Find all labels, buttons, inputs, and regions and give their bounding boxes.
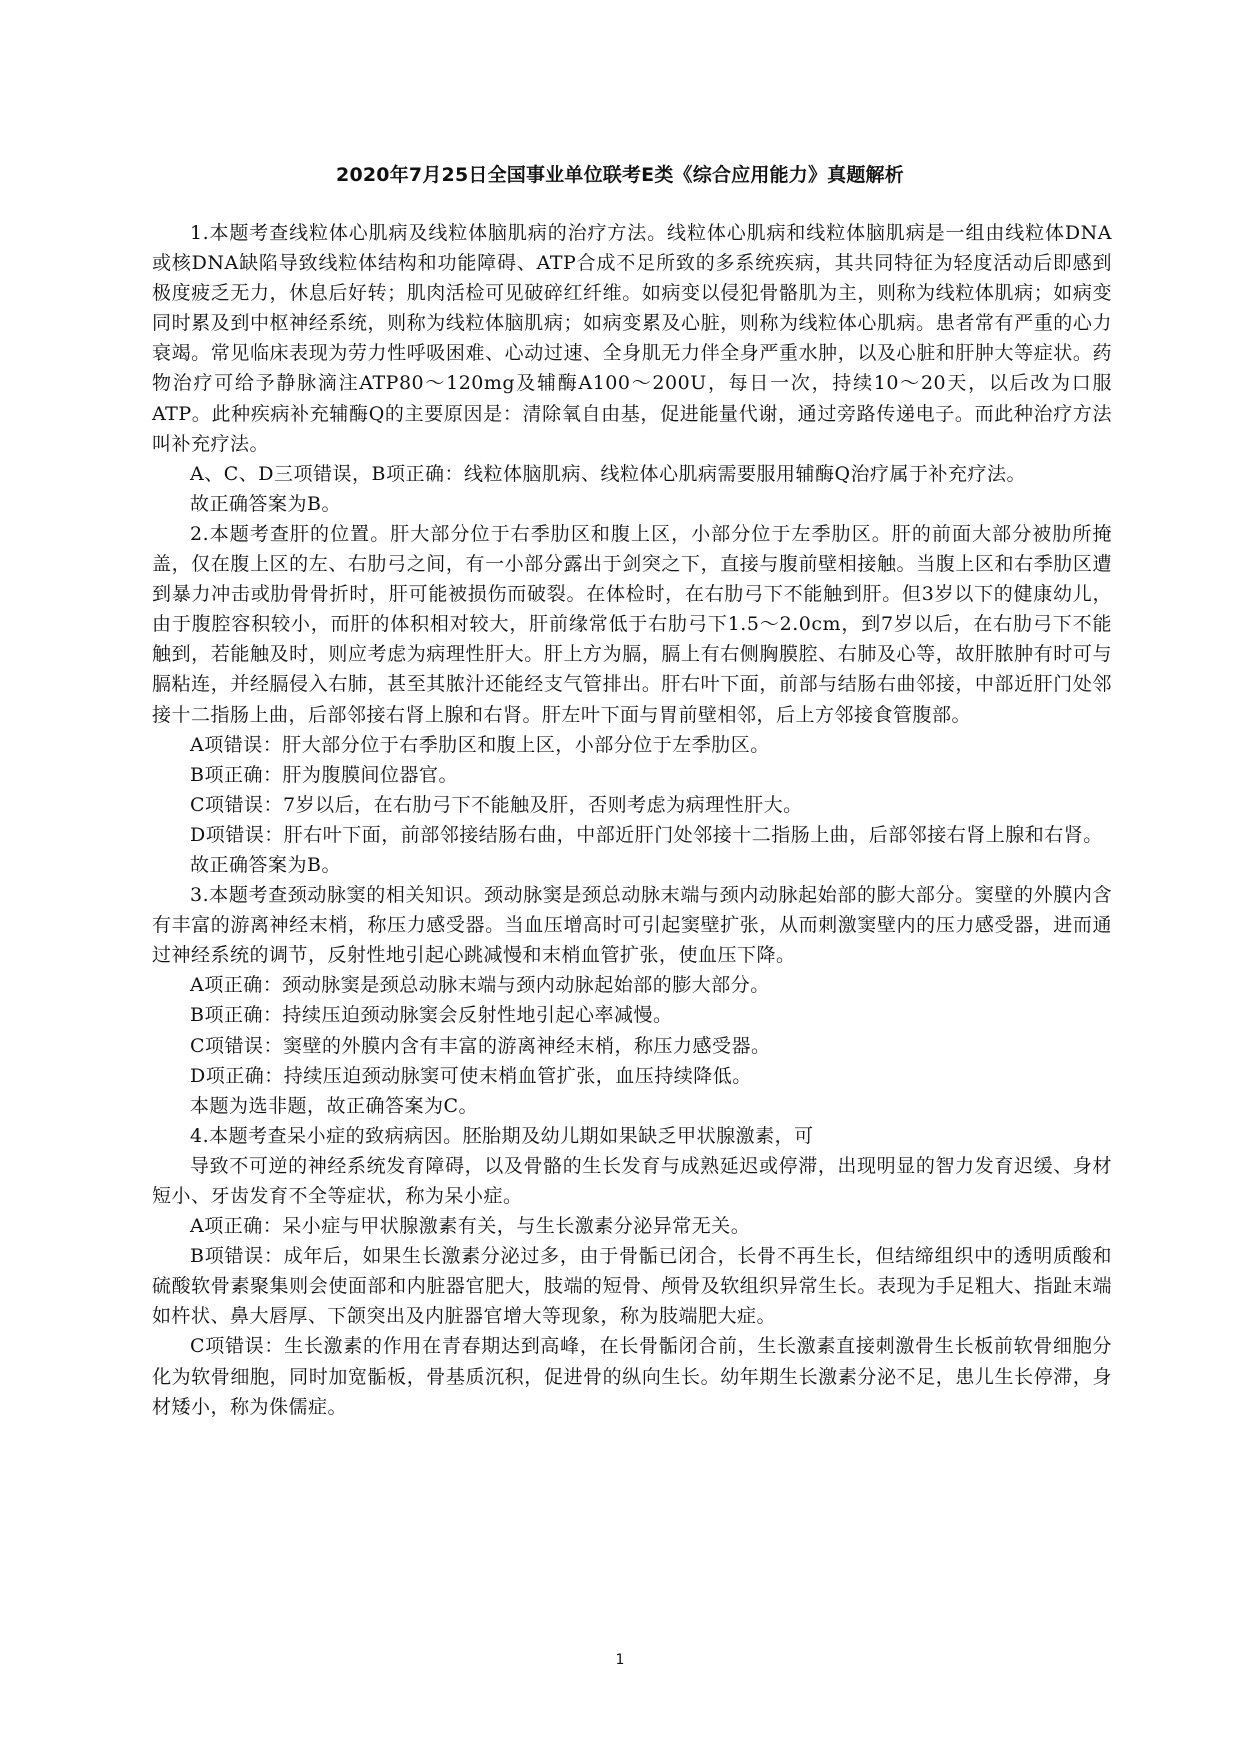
paragraph-q3-option-b: B项正确：持续压迫颈动脉窦会反射性地引起心率减慢。 <box>152 1000 1112 1030</box>
paragraph-q2-option-c: C项错误：7岁以后，在右肋弓下不能触及肝，否则考虑为病理性肝大。 <box>152 790 1112 820</box>
paragraph-q2-option-a: A项错误：肝大部分位于右季肋区和腹上区，小部分位于左季肋区。 <box>152 730 1112 760</box>
paragraph-q3-answer: 本题为选非题，故正确答案为C。 <box>152 1091 1112 1121</box>
paragraph-q4-intro: 4.本题考查呆小症的致病病因。胚胎期及幼儿期如果缺乏甲状腺激素，可 <box>152 1121 1112 1151</box>
paragraph-q1-options: A、C、D三项错误，B项正确：线粒体脑肌病、线粒体心肌病需要服用辅酶Q治疗属于补… <box>152 459 1112 489</box>
document-page: 2020年7月25日全国事业单位联考E类《综合应用能力》真题解析 1.本题考查线… <box>0 0 1240 1754</box>
paragraph-q4-option-c: C项错误：生长激素的作用在青春期达到高峰，在长骨骺闭合前，生长激素直接刺激骨生长… <box>152 1331 1112 1421</box>
page-number: 1 <box>0 1652 1240 1668</box>
paragraph-q2-answer: 故正确答案为B。 <box>152 850 1112 880</box>
paragraph-q2-option-b: B项正确：肝为腹膜间位器官。 <box>152 760 1112 790</box>
paragraph-q4-option-b: B项错误：成年后，如果生长激素分泌过多，由于骨骺已闭合，长骨不再生长，但结缔组织… <box>152 1241 1112 1331</box>
paragraph-q1-answer: 故正确答案为B。 <box>152 489 1112 519</box>
paragraph-q3-option-c: C项错误：窦壁的外膜内含有丰富的游离神经末梢，称压力感受器。 <box>152 1031 1112 1061</box>
document-body: 1.本题考查线粒体心肌病及线粒体脑肌病的治疗方法。线粒体心肌病和线粒体脑肌病是一… <box>152 218 1112 1422</box>
document-title: 2020年7月25日全国事业单位联考E类《综合应用能力》真题解析 <box>0 160 1240 187</box>
paragraph-q3-explanation: 3.本题考查颈动脉窦的相关知识。颈动脉窦是颈总动脉末端与颈内动脉起始部的膨大部分… <box>152 880 1112 970</box>
paragraph-q4-explanation: 导致不可逆的神经系统发育障碍，以及骨骼的生长发育与成熟延迟或停滞，出现明显的智力… <box>152 1151 1112 1211</box>
paragraph-q1-explanation: 1.本题考查线粒体心肌病及线粒体脑肌病的治疗方法。线粒体心肌病和线粒体脑肌病是一… <box>152 218 1112 459</box>
paragraph-q2-option-d: D项错误：肝右叶下面，前部邻接结肠右曲，中部近肝门处邻接十二指肠上曲，后部邻接右… <box>152 820 1112 850</box>
paragraph-q2-explanation: 2.本题考查肝的位置。肝大部分位于右季肋区和腹上区，小部分位于左季肋区。肝的前面… <box>152 519 1112 730</box>
paragraph-q3-option-d: D项正确：持续压迫颈动脉窦可使末梢血管扩张，血压持续降低。 <box>152 1061 1112 1091</box>
paragraph-q3-option-a: A项正确：颈动脉窦是颈总动脉末端与颈内动脉起始部的膨大部分。 <box>152 970 1112 1000</box>
paragraph-q4-option-a: A项正确：呆小症与甲状腺激素有关，与生长激素分泌异常无关。 <box>152 1211 1112 1241</box>
